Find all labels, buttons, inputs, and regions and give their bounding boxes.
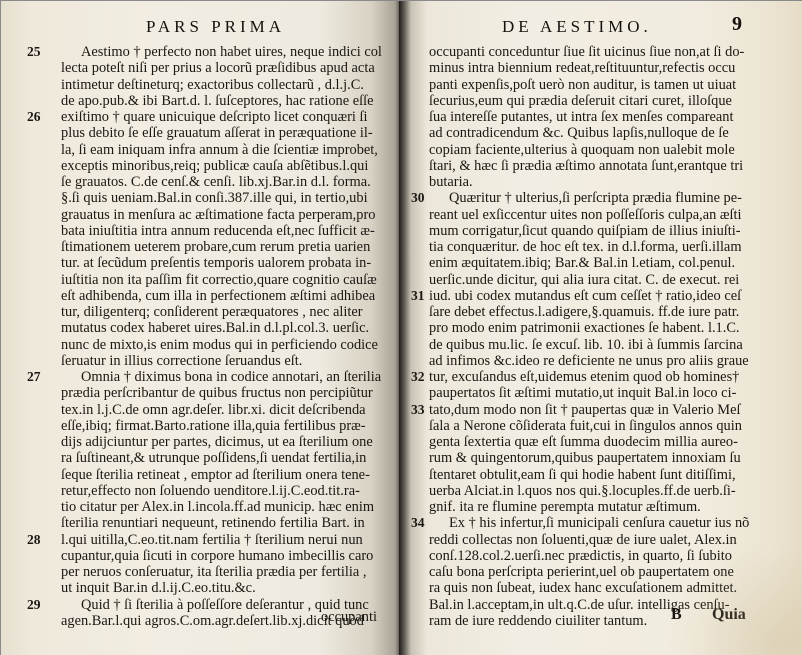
text-line: grauatus in menſura ac æſtimatione facta… bbox=[27, 207, 387, 223]
line-text: bata iniuſtitia intra annum reducenda eſ… bbox=[61, 223, 375, 239]
line-text: panti expenſis,poſt uerò non auditur, is… bbox=[429, 77, 736, 93]
line-text: tia conquæritur. de hoc eſt tex. in d.l.… bbox=[429, 239, 742, 255]
text-line: ſua intereſſe putantes, ut intra ſex men… bbox=[411, 109, 749, 125]
line-text: ſecurius,eum qui prædia deſeruit citari … bbox=[429, 93, 732, 109]
line-text: agen.Bar.l.qui agros.C.om.agr.deſert.lib… bbox=[61, 613, 364, 629]
marginal-number: 32 bbox=[411, 369, 429, 385]
text-line: panti expenſis,poſt uerò non auditur, is… bbox=[411, 77, 749, 93]
text-line: eſſe,ibiq; firmat.Barto.ratione illa,qui… bbox=[27, 418, 387, 434]
right-page: DE AESTIMO. 9 occupanti conceduntur ſiue… bbox=[399, 1, 802, 655]
text-line: ſterilia renuntiari nequeunt, retinendo … bbox=[27, 515, 387, 531]
text-line: 31iud. ubi codex mutandus eſt cum ceſſet… bbox=[411, 288, 749, 304]
line-text: per neruos conſeruatur, ita ſterilia præ… bbox=[61, 564, 367, 580]
signature-mark: B bbox=[671, 606, 682, 624]
text-line: 33tato,dum modo non ſit † paupertas quæ … bbox=[411, 402, 749, 418]
text-line: intimetur deſtineturq; exactoribus colle… bbox=[27, 77, 387, 93]
line-text: prædia perſcribantur de quibus fructus n… bbox=[61, 385, 373, 401]
line-text: cupantur,quia ſicuti in corpore humano i… bbox=[61, 548, 373, 564]
line-text: uerſic.unde dicitur, qui alia iura citat… bbox=[429, 272, 739, 288]
line-text: tur, excuſandus eſt,uidemus etenim quod … bbox=[429, 369, 739, 385]
line-text: ſala a Nerone cõſiderata fuit,cui in ſin… bbox=[429, 418, 742, 434]
line-text: enim æquitatem.ibiq; Bar.& Bal.in l.etia… bbox=[429, 255, 735, 271]
line-text: eſſe,ibiq; firmat.Barto.ratione illa,qui… bbox=[61, 418, 366, 434]
line-text: exceptis minoribus,reiq; publicæ cauſa a… bbox=[61, 158, 368, 174]
text-line: occupanti conceduntur ſiue ſit uicinus ſ… bbox=[411, 44, 749, 60]
text-line: la, ſi eam iniquam infra annum à die ſci… bbox=[27, 142, 387, 158]
text-line: uerſic.unde dicitur, qui alia iura citat… bbox=[411, 272, 749, 288]
line-text: genta ſextertia quæ eſt ſumma duodecim m… bbox=[429, 434, 738, 450]
line-text: ſe grauatos. C.de cenſ.& cenſi. lib.xj.B… bbox=[61, 174, 371, 190]
text-line: reant uel exſiccentur uites non poſſeſſo… bbox=[411, 207, 749, 223]
marginal-number: 28 bbox=[27, 532, 61, 548]
line-text: la, ſi eam iniquam infra annum à die ſci… bbox=[61, 142, 378, 158]
line-text: mum corrigatur,ſicut quando quiſpiam de … bbox=[429, 223, 741, 239]
text-line: minus intra biennium redeat,reſtituuntur… bbox=[411, 60, 749, 76]
text-line: ram de iure reddendo ciuiliter tantum. bbox=[411, 613, 749, 629]
text-line: dijs adijciuntur per partes, dicimus, ut… bbox=[27, 434, 387, 450]
line-text: grauatus in menſura ac æſtimatione facta… bbox=[61, 207, 375, 223]
text-line: 30Quæritur † ulterius,ſi perſcripta præd… bbox=[411, 190, 749, 206]
line-text: mutatus codex haberet uires.Bal.in d.l.p… bbox=[61, 320, 369, 336]
text-line: plus debito ſe eſſe grauatum aſſerat in … bbox=[27, 125, 387, 141]
text-line: ad infimos &c.ideo re deficiente ne unus… bbox=[411, 353, 749, 369]
line-text: paupertatos ſit æſtimi mutatio,ut inquit… bbox=[429, 385, 736, 401]
line-text: tur, diligenterq; conſiderent peræquator… bbox=[61, 304, 363, 320]
line-text: tato,dum modo non ſit † paupertas quæ in… bbox=[429, 402, 741, 418]
text-line: 34Ex † his infertur,ſi municipali cenſur… bbox=[411, 515, 749, 531]
text-line: lecta poteſt niſi per prius a locorũ præ… bbox=[27, 60, 387, 76]
left-page: PARS PRIMA 25Aestimo † perfecto non habe… bbox=[1, 1, 399, 655]
line-text: tur. at ſecũdum preſentis temporis ualor… bbox=[61, 255, 371, 271]
line-text: ra quis non ſubeat, iudex hanc excuſatio… bbox=[429, 580, 737, 596]
line-text: conſ.128.col.2.uerſi.nec prædictis, in q… bbox=[429, 548, 732, 564]
left-page-body: 25Aestimo † perfecto non habet uires, ne… bbox=[27, 44, 387, 629]
line-text: ſua intereſſe putantes, ut intra ſex men… bbox=[429, 109, 734, 125]
text-line: bata iniuſtitia intra annum reducenda eſ… bbox=[27, 223, 387, 239]
line-text: nunc de mixto,is enim modus qui in perfi… bbox=[61, 337, 378, 353]
line-text: reddi collectas non ſoluenti,quæ de iure… bbox=[429, 532, 737, 548]
text-line: nunc de mixto,is enim modus qui in perfi… bbox=[27, 337, 387, 353]
line-text: ſtimationem ueterem probare,cum rerum pr… bbox=[61, 239, 370, 255]
text-line: ſeque ſterilia retineat , emptor ad ſter… bbox=[27, 467, 387, 483]
line-text: iud. ubi codex mutandus eſt cum ceſſet †… bbox=[429, 288, 741, 304]
text-line: butaria. bbox=[411, 174, 749, 190]
marginal-number: 33 bbox=[411, 402, 429, 418]
text-line: cupantur,quia ſicuti in corpore humano i… bbox=[27, 548, 387, 564]
line-text: uerba Alciat.in l.quos nos qui.§.locuple… bbox=[429, 483, 736, 499]
line-text: ad contradicendum &c. Quibus lapſis,null… bbox=[429, 125, 729, 141]
text-line: pro modo enim patrimonii exactiones ſe h… bbox=[411, 320, 749, 336]
line-text: minus intra biennium redeat,reſtituuntur… bbox=[429, 60, 735, 76]
text-line: ſtentaret obtulit,eam ſi qui hodie haben… bbox=[411, 467, 749, 483]
line-text: Quæritur † ulterius,ſi perſcripta prædia… bbox=[449, 190, 742, 206]
line-text: ſeque ſterilia retineat , emptor ad ſter… bbox=[61, 467, 370, 483]
text-line: mutatus codex haberet uires.Bal.in d.l.p… bbox=[27, 320, 387, 336]
text-line: ſeruatur in illius correctione ſeruandus… bbox=[27, 353, 387, 369]
text-line: prædia perſcribantur de quibus fructus n… bbox=[27, 385, 387, 401]
marginal-number: 34 bbox=[411, 515, 429, 531]
text-line: ſare debet effectus.l.adigere,§.quamuis.… bbox=[411, 304, 749, 320]
text-line: retur,effecto non ſoluendo uenditore.l.i… bbox=[27, 483, 387, 499]
line-text: rum & quingentorum,quibus paupertatem in… bbox=[429, 450, 741, 466]
text-line: ſtimationem ueterem probare,cum rerum pr… bbox=[27, 239, 387, 255]
marginal-number: 26 bbox=[27, 109, 61, 125]
text-line: paupertatos ſit æſtimi mutatio,ut inquit… bbox=[411, 385, 749, 401]
right-page-body: occupanti conceduntur ſiue ſit uicinus ſ… bbox=[411, 44, 749, 629]
text-line: ſe grauatos. C.de cenſ.& cenſi. lib.xj.B… bbox=[27, 174, 387, 190]
text-line: 26exiſtimo † quare unicuique deſcripto l… bbox=[27, 109, 387, 125]
line-text: Aestimo † perfecto non habet uires, nequ… bbox=[81, 44, 382, 60]
line-text: ut inquit Bar.in d.l.ij.C.eo.titu.&c. bbox=[61, 580, 256, 596]
line-text: gnif. ita re flumine perempta mutatur æſ… bbox=[429, 499, 701, 515]
text-line: 28l.qui uitilla,C.eo.tit.nam fertilia † … bbox=[27, 532, 387, 548]
catchword-right: Quia bbox=[712, 606, 746, 624]
line-text: pro modo enim patrimonii exactiones ſe h… bbox=[429, 320, 740, 336]
text-line: ra ſuſtineant,& utrunque poſſidens,ſi ue… bbox=[27, 450, 387, 466]
text-line: ad contradicendum &c. Quibus lapſis,null… bbox=[411, 125, 749, 141]
line-text: ſterilia renuntiari nequeunt, retinendo … bbox=[61, 515, 365, 531]
text-line: tur, diligenterq; conſiderent peræquator… bbox=[27, 304, 387, 320]
line-text: copiam faciente,ulterius à quoquam non u… bbox=[429, 142, 735, 158]
text-line: exceptis minoribus,reiq; publicæ cauſa a… bbox=[27, 158, 387, 174]
line-text: tex.in l.j.C.de omn agr.deſer. libr.xi. … bbox=[61, 402, 366, 418]
text-line: 27Omnia † diximus bona in codice annotar… bbox=[27, 369, 387, 385]
line-text: l.qui uitilla,C.eo.tit.nam fertilia † ſt… bbox=[61, 532, 363, 548]
text-line: ſala a Nerone cõſiderata fuit,cui in ſin… bbox=[411, 418, 749, 434]
text-line: eſt adhibenda, cum illa in perfectionem … bbox=[27, 288, 387, 304]
line-text: eſt adhibenda, cum illa in perfectionem … bbox=[61, 288, 375, 304]
text-line: ra quis non ſubeat, iudex hanc excuſatio… bbox=[411, 580, 749, 596]
line-text: Bal.in l.acceptam,in ult.q.C.de uſur. in… bbox=[429, 597, 730, 613]
text-line: rum & quingentorum,quibus paupertatem in… bbox=[411, 450, 749, 466]
line-text: lecta poteſt niſi per prius a locorũ præ… bbox=[61, 60, 375, 76]
line-text: ra ſuſtineant,& utrunque poſſidens,ſi ue… bbox=[61, 450, 366, 466]
text-line: ſtari, & hæc ſi prædia æſtimo annotata ſ… bbox=[411, 158, 749, 174]
line-text: plus debito ſe eſſe grauatum aſſerat in … bbox=[61, 125, 373, 141]
line-text: reant uel exſiccentur uites non poſſeſſo… bbox=[429, 207, 742, 223]
page-number: 9 bbox=[732, 13, 742, 36]
marginal-number: 25 bbox=[27, 44, 61, 60]
line-text: ſeruatur in illius correctione ſeruandus… bbox=[61, 353, 302, 369]
text-line: per neruos conſeruatur, ita ſterilia præ… bbox=[27, 564, 387, 580]
text-line: iuſtitia non ita paſſim fit correctio,qu… bbox=[27, 272, 387, 288]
line-text: §.ſi quis ueniam.Bal.in conſi.387.ille q… bbox=[61, 190, 368, 206]
text-line: tur. at ſecũdum preſentis temporis ualor… bbox=[27, 255, 387, 271]
text-line: Bal.in l.acceptam,in ult.q.C.de uſur. in… bbox=[411, 597, 749, 613]
text-line: ſecurius,eum qui prædia deſeruit citari … bbox=[411, 93, 749, 109]
text-line: gnif. ita re flumine perempta mutatur æſ… bbox=[411, 499, 749, 515]
line-text: caſu bona perſcripta perierint,uel ob pa… bbox=[429, 564, 734, 580]
line-text: ſare debet effectus.l.adigere,§.quamuis.… bbox=[429, 304, 739, 320]
text-line: caſu bona perſcripta perierint,uel ob pa… bbox=[411, 564, 749, 580]
text-line: mum corrigatur,ſicut quando quiſpiam de … bbox=[411, 223, 749, 239]
line-text: exiſtimo † quare unicuique deſcripto lic… bbox=[61, 109, 368, 125]
text-line: 25Aestimo † perfecto non habet uires, ne… bbox=[27, 44, 387, 60]
text-line: tio citatur per Alex.in l.incola.ff.ad m… bbox=[27, 499, 387, 515]
line-text: tio citatur per Alex.in l.incola.ff.ad m… bbox=[61, 499, 374, 515]
running-head-left: PARS PRIMA bbox=[146, 17, 285, 37]
text-line: enim æquitatem.ibiq; Bar.& Bal.in l.etia… bbox=[411, 255, 749, 271]
line-text: ad infimos &c.ideo re deficiente ne unus… bbox=[429, 353, 749, 369]
line-text: Ex † his infertur,ſi municipali cenſura … bbox=[449, 515, 749, 531]
text-line: tia conquæritur. de hoc eſt tex. in d.l.… bbox=[411, 239, 749, 255]
book-spread: PARS PRIMA 25Aestimo † perfecto non habe… bbox=[0, 0, 802, 655]
text-line: ut inquit Bar.in d.l.ij.C.eo.titu.&c. bbox=[27, 580, 387, 596]
text-line: genta ſextertia quæ eſt ſumma duodecim m… bbox=[411, 434, 749, 450]
marginal-number: 31 bbox=[411, 288, 429, 304]
text-line: de apo.pub.& ibi Bart.d. l. ſuſceptores,… bbox=[27, 93, 387, 109]
marginal-number: 27 bbox=[27, 369, 61, 385]
text-line: 32tur, excuſandus eſt,uidemus etenim quo… bbox=[411, 369, 749, 385]
marginal-number: 29 bbox=[27, 597, 61, 613]
text-line: §.ſi quis ueniam.Bal.in conſi.387.ille q… bbox=[27, 190, 387, 206]
line-text: ſtari, & hæc ſi prædia æſtimo annotata ſ… bbox=[429, 158, 743, 174]
line-text: de apo.pub.& ibi Bart.d. l. ſuſceptores,… bbox=[61, 93, 374, 109]
line-text: retur,effecto non ſoluendo uenditore.l.i… bbox=[61, 483, 360, 499]
catchword-left: occupanti bbox=[321, 609, 377, 626]
line-text: iuſtitia non ita paſſim fit correctio,qu… bbox=[61, 272, 377, 288]
line-text: intimetur deſtineturq; exactoribus colle… bbox=[61, 77, 364, 93]
line-text: de quibus mu.lic. ſe excuſ. lib. 10. ibi… bbox=[429, 337, 743, 353]
text-line: reddi collectas non ſoluenti,quæ de iure… bbox=[411, 532, 749, 548]
text-line: tex.in l.j.C.de omn agr.deſer. libr.xi. … bbox=[27, 402, 387, 418]
line-text: ram de iure reddendo ciuiliter tantum. bbox=[429, 613, 647, 629]
line-text: dijs adijciuntur per partes, dicimus, ut… bbox=[61, 434, 373, 450]
line-text: occupanti conceduntur ſiue ſit uicinus ſ… bbox=[429, 44, 744, 60]
line-text: ſtentaret obtulit,eam ſi qui hodie haben… bbox=[429, 467, 736, 483]
running-head-right: DE AESTIMO. bbox=[502, 17, 652, 37]
text-line: copiam faciente,ulterius à quoquam non u… bbox=[411, 142, 749, 158]
marginal-number: 30 bbox=[411, 190, 429, 206]
text-line: conſ.128.col.2.uerſi.nec prædictis, in q… bbox=[411, 548, 749, 564]
text-line: de quibus mu.lic. ſe excuſ. lib. 10. ibi… bbox=[411, 337, 749, 353]
line-text: butaria. bbox=[429, 174, 473, 190]
text-line: uerba Alciat.in l.quos nos qui.§.locuple… bbox=[411, 483, 749, 499]
line-text: Omnia † diximus bona in codice annotari,… bbox=[81, 369, 381, 385]
